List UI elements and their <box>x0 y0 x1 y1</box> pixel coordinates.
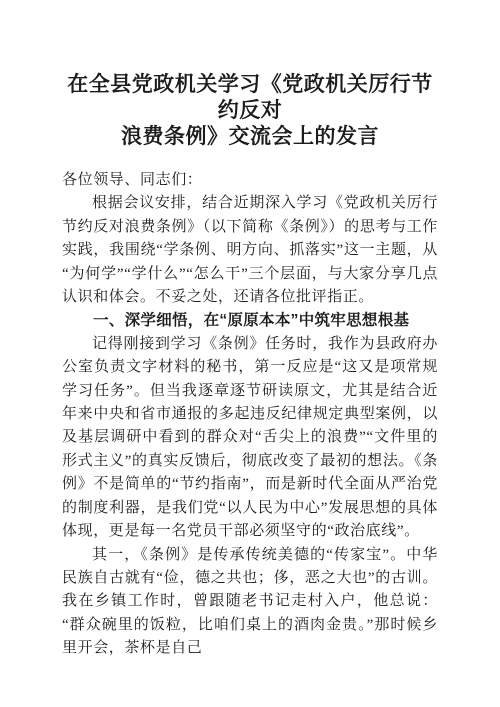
section-1-heading: 一、深学细悟，在“原原本本”中筑牢思想根基 <box>62 309 438 332</box>
salutation: 各位领导、同志们： <box>62 169 438 192</box>
document-title-line-2: 浪费条例》交流会上的发言 <box>62 123 438 149</box>
section-1-paragraph-2: 其一，《条例》是传承传统美德的“传家宝”。中华民族自古就有“俭，德之共也；侈，恶… <box>62 544 438 661</box>
section-1-paragraph-1: 记得刚接到学习《条例》任务时，我作为县政府办公室负责文字材料的秘书，第一反应是“… <box>62 333 438 544</box>
document-content: 在全县党政机关学习《党政机关厉行节约反对 浪费条例》交流会上的发言 各位领导、同… <box>0 0 500 661</box>
document-title-line-1: 在全县党政机关学习《党政机关厉行节约反对 <box>62 71 438 123</box>
document-page: 在全县党政机关学习《党政机关厉行节约反对 浪费条例》交流会上的发言 各位领导、同… <box>0 0 500 707</box>
document-title: 在全县党政机关学习《党政机关厉行节约反对 浪费条例》交流会上的发言 <box>62 71 438 149</box>
intro-paragraph: 根据会议安排，结合近期深入学习《党政机关厉行节约反对浪费条例》（以下简称《条例》… <box>62 192 438 309</box>
